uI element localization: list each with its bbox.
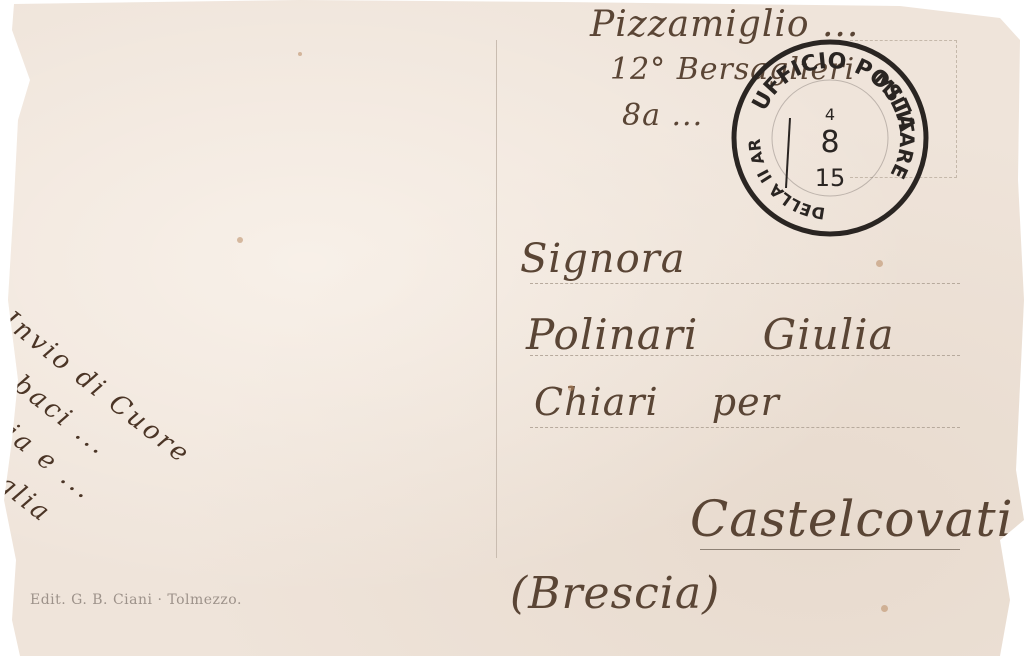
address-rule-3 [530, 427, 960, 428]
address-rule-4 [700, 549, 960, 550]
postcard: Pizzamiglio ... 12° Bersaglieri 8a ... U… [0, 0, 1024, 656]
postmark-stamp: UFFICIO POSTA MILITARE DELLA II ARM. 4 8… [730, 38, 930, 238]
handwritten-message: Invio di Cuore tanti baci ... a ... Giul… [0, 300, 201, 615]
foxing-spot [881, 605, 888, 612]
sender-line-3: 8a ... [622, 98, 703, 133]
foxing-spot [237, 237, 243, 243]
center-divider [496, 40, 497, 558]
address-name: Polinari Giulia [526, 310, 895, 359]
postmark-date-day: 4 [825, 105, 835, 124]
foxing-spot [876, 260, 883, 267]
address-rule-1 [530, 283, 960, 284]
address-province: (Brescia) [510, 568, 720, 619]
postmark-date-month: 8 [820, 125, 839, 160]
address-city: Castelcovati [690, 490, 1014, 548]
foxing-spot [568, 385, 574, 391]
address-salutation: Signora [520, 236, 686, 282]
foxing-spot [298, 52, 302, 56]
publisher-imprint: Edit. G. B. Ciani · Tolmezzo. [30, 592, 242, 608]
postmark-date-year: 15 [815, 164, 846, 192]
